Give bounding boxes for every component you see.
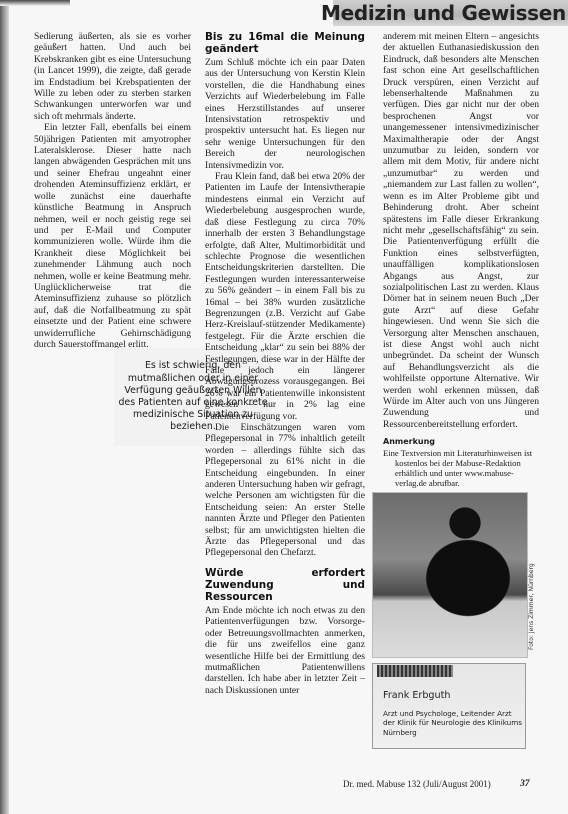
author-box: Frank Erbguth Arzt und Psychologe, Leite… xyxy=(372,663,526,749)
author-name: Frank Erbguth xyxy=(383,690,450,701)
subheading: Bis zu 16mal die Meinung geändert xyxy=(205,31,365,55)
author-photo-strip xyxy=(377,665,453,677)
author-role: Arzt und Psychologe, Leitender Arzt der … xyxy=(383,709,523,737)
page-shadow xyxy=(0,0,70,6)
note-text: Eine Textversion mit Literaturhinweisen … xyxy=(383,448,539,488)
subheading: Würde erfordert Zuwendung und Ressourcen xyxy=(205,567,365,603)
author-photo xyxy=(372,492,528,658)
article-column-3: anderem mit meinen Eltern – angesichts d… xyxy=(383,31,539,488)
paragraph: Frau Klein fand, daß bei etwa 20% der Pa… xyxy=(205,171,365,422)
page-binding-edge xyxy=(0,0,9,814)
section-title: Medizin und Gewissen xyxy=(321,1,566,25)
paragraph: anderem mit meinen Eltern – angesichts d… xyxy=(383,31,539,430)
footer-citation: Dr. med. Mabuse 132 (Juli/August 2001) xyxy=(343,779,491,789)
section-header-banner: Medizin und Gewissen xyxy=(333,0,568,26)
paragraph: Ein letzter Fall, ebenfalls bei einem 50… xyxy=(34,122,191,350)
article-column-2: Bis zu 16mal die Meinung geändert Zum Sc… xyxy=(205,31,365,696)
paragraph: Zum Schluß möchte ich ein paar Daten aus… xyxy=(205,57,365,171)
photo-credit: Foto: Jens Zimmer, Nürnberg xyxy=(528,560,538,650)
page-number: 37 xyxy=(520,778,530,789)
paragraph: Sedierung äußerten, als sie es vorher ge… xyxy=(34,31,191,122)
paragraph: Die Einschätzungen waren vom Pflegeperso… xyxy=(205,422,365,559)
paragraph: Am Ende möchte ich noch etwas zu den Pat… xyxy=(205,605,365,696)
note-heading: Anmerkung xyxy=(383,436,539,447)
